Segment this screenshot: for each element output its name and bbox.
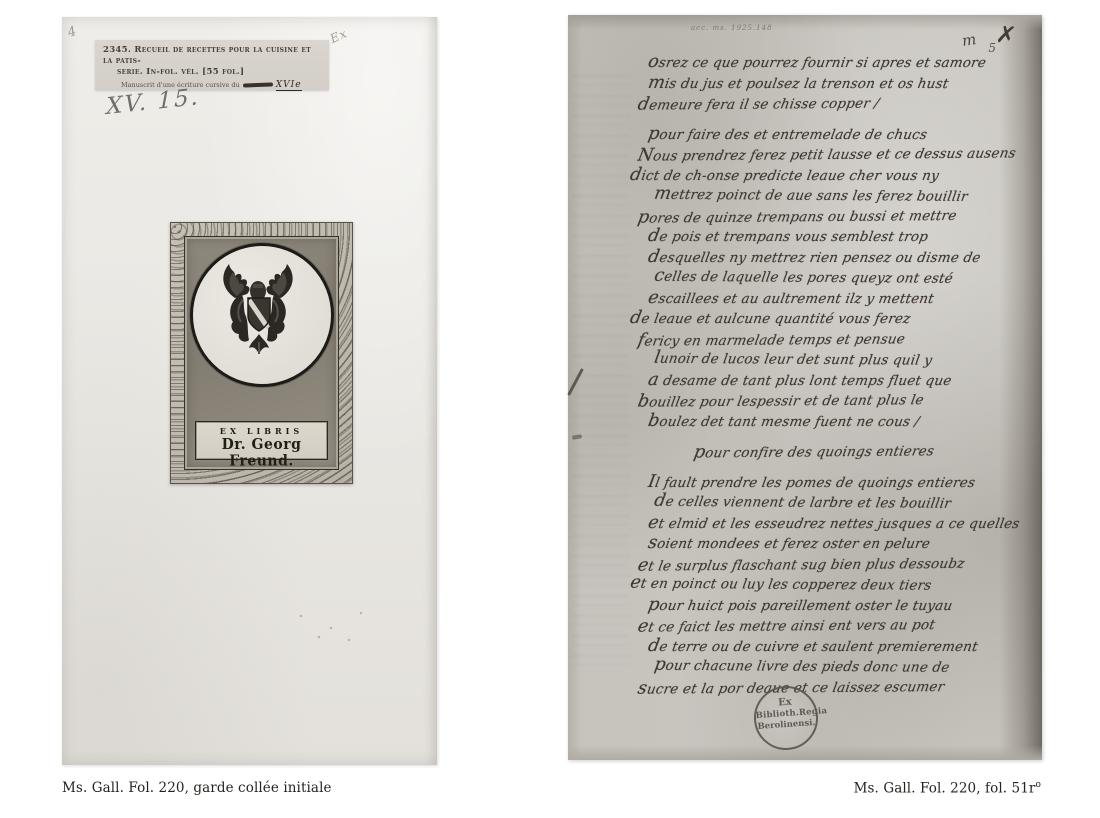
handwriting-line: et en poinct ou luy les copperez deux ti… xyxy=(629,574,1026,597)
handwriting-line: pour huict pois pareillement oster le tu… xyxy=(646,596,1026,617)
handwriting-line: de leaue et aulcune quantité vous ferez xyxy=(628,309,1026,330)
handwriting-line: Nous prendrez ferez petit lausse et ce d… xyxy=(636,143,1026,167)
handwriting-line: pores de quinze trempans ou bussi et met… xyxy=(636,205,1026,229)
handwriting-line: a desame de tant plus lont temps fluet q… xyxy=(646,371,1026,392)
handwriting-line: mis du jus et poulsez la trenson et os h… xyxy=(646,74,1026,95)
catalog-label: 2345. Recueil de recettes pour la cuisin… xyxy=(95,40,329,90)
right-page-caption: Ms. Gall. Fol. 220, fol. 51ro xyxy=(854,780,1041,797)
handwriting-line: de terre ou de cuivre et saulent premier… xyxy=(646,637,1026,658)
left-page-scan: 4 Ex 2345. Recueil de recettes pour la c… xyxy=(62,17,437,765)
catalog-label-line2: serie. In-fol. vél. [55 fol.] xyxy=(103,67,323,78)
handwriting-line: escaillees et au aultrement ilz y metten… xyxy=(646,289,1026,310)
right-caption-superscript: o xyxy=(1035,780,1041,790)
handwriting-line: sucre et la por deaue et ce laissez escu… xyxy=(636,676,1026,700)
manuscript-page-scan: acc. ms. 1925.148 m 5 ✗ osrez ce que pou… xyxy=(568,15,1042,760)
handwriting-line: celles de laquelle les pores queyz ont e… xyxy=(653,267,1026,290)
handwriting-line: pour confire des quoings entieres xyxy=(692,441,1026,464)
bookplate-panel: EX LIBRIS Dr. Georg Freund. xyxy=(184,236,339,470)
pencil-corner-mark: 4 xyxy=(66,24,79,41)
bookplate-cartouche: EX LIBRIS Dr. Georg Freund. xyxy=(195,421,328,460)
handwriting-line: de pois et trempans vous semblest trop xyxy=(646,227,1026,248)
catalog-label-line3: Manuscrit d'une écriture cursive duXVIe xyxy=(103,80,323,90)
handwriting-gap xyxy=(624,115,1024,125)
left-page-caption: Ms. Gall. Fol. 220, garde collée initial… xyxy=(62,780,332,796)
ink-strikethrough xyxy=(243,82,273,87)
right-caption-text: Ms. Gall. Fol. 220, fol. 51r xyxy=(854,781,1036,797)
handwriting-line: lunoir de lucos leur det sunt plus quil … xyxy=(653,349,1026,372)
handwriting-line: pour chacune livre des pieds donc une de xyxy=(653,656,1026,679)
coat-of-arms-medallion xyxy=(190,243,334,387)
bookplate-owner-name: Dr. Georg Freund. xyxy=(196,436,327,470)
handwriting-line: boulez det tant mesme fuent ne cous / xyxy=(646,412,1026,433)
annotation-x-mark: ✗ xyxy=(994,20,1018,51)
coat-of-arms-illustration xyxy=(193,246,325,378)
handwriting-line: dict de ch-onse predicte leaue cher vous… xyxy=(628,166,1026,187)
handwriting-gap xyxy=(624,463,1024,473)
faded-pencil-traces xyxy=(277,592,397,652)
handwriting-line: Il fault prendre les pomes de quoings en… xyxy=(646,473,1026,494)
pencil-annotation: Ex xyxy=(328,26,350,46)
handwriting-line: et elmid et les esseudrez nettes jusques… xyxy=(646,514,1026,535)
handwriting-line: mettrez poinct de aue sans les ferez bou… xyxy=(653,185,1026,208)
ex-libris-bookplate: EX LIBRIS Dr. Georg Freund. xyxy=(170,222,353,484)
handwriting-line: pour faire des et entremelade de chucs xyxy=(646,125,1026,146)
handwriting-line: et ce faict les mettre ainsi ent vers au… xyxy=(636,614,1026,638)
handwriting-line: soient mondees et ferez oster en pelure xyxy=(646,534,1026,555)
handwriting-line: osrez ce que pourrez fournir si apres et… xyxy=(646,53,1026,74)
handwriting-line: desquelles ny mettrez rien pensez ou dis… xyxy=(646,248,1026,269)
annotation-m: m xyxy=(961,30,978,50)
handwritten-date-correction: XVIe xyxy=(276,80,302,91)
handwriting-line: bouillez pour lespessir et de tant plus … xyxy=(636,389,1026,413)
ex-libris-text: EX LIBRIS xyxy=(196,426,327,436)
accession-number-stamp: acc. ms. 1925.148 xyxy=(691,24,773,32)
manuscript-text-block: osrez ce que pourrez fournir si apres et… xyxy=(624,53,1024,698)
catalog-label-line1: 2345. Recueil de recettes pour la cuisin… xyxy=(103,45,323,67)
handwriting-line: de celles viennent de larbre et les boui… xyxy=(653,492,1026,515)
handwriting-line: demeure fera il se chisse copper / xyxy=(636,92,1026,116)
